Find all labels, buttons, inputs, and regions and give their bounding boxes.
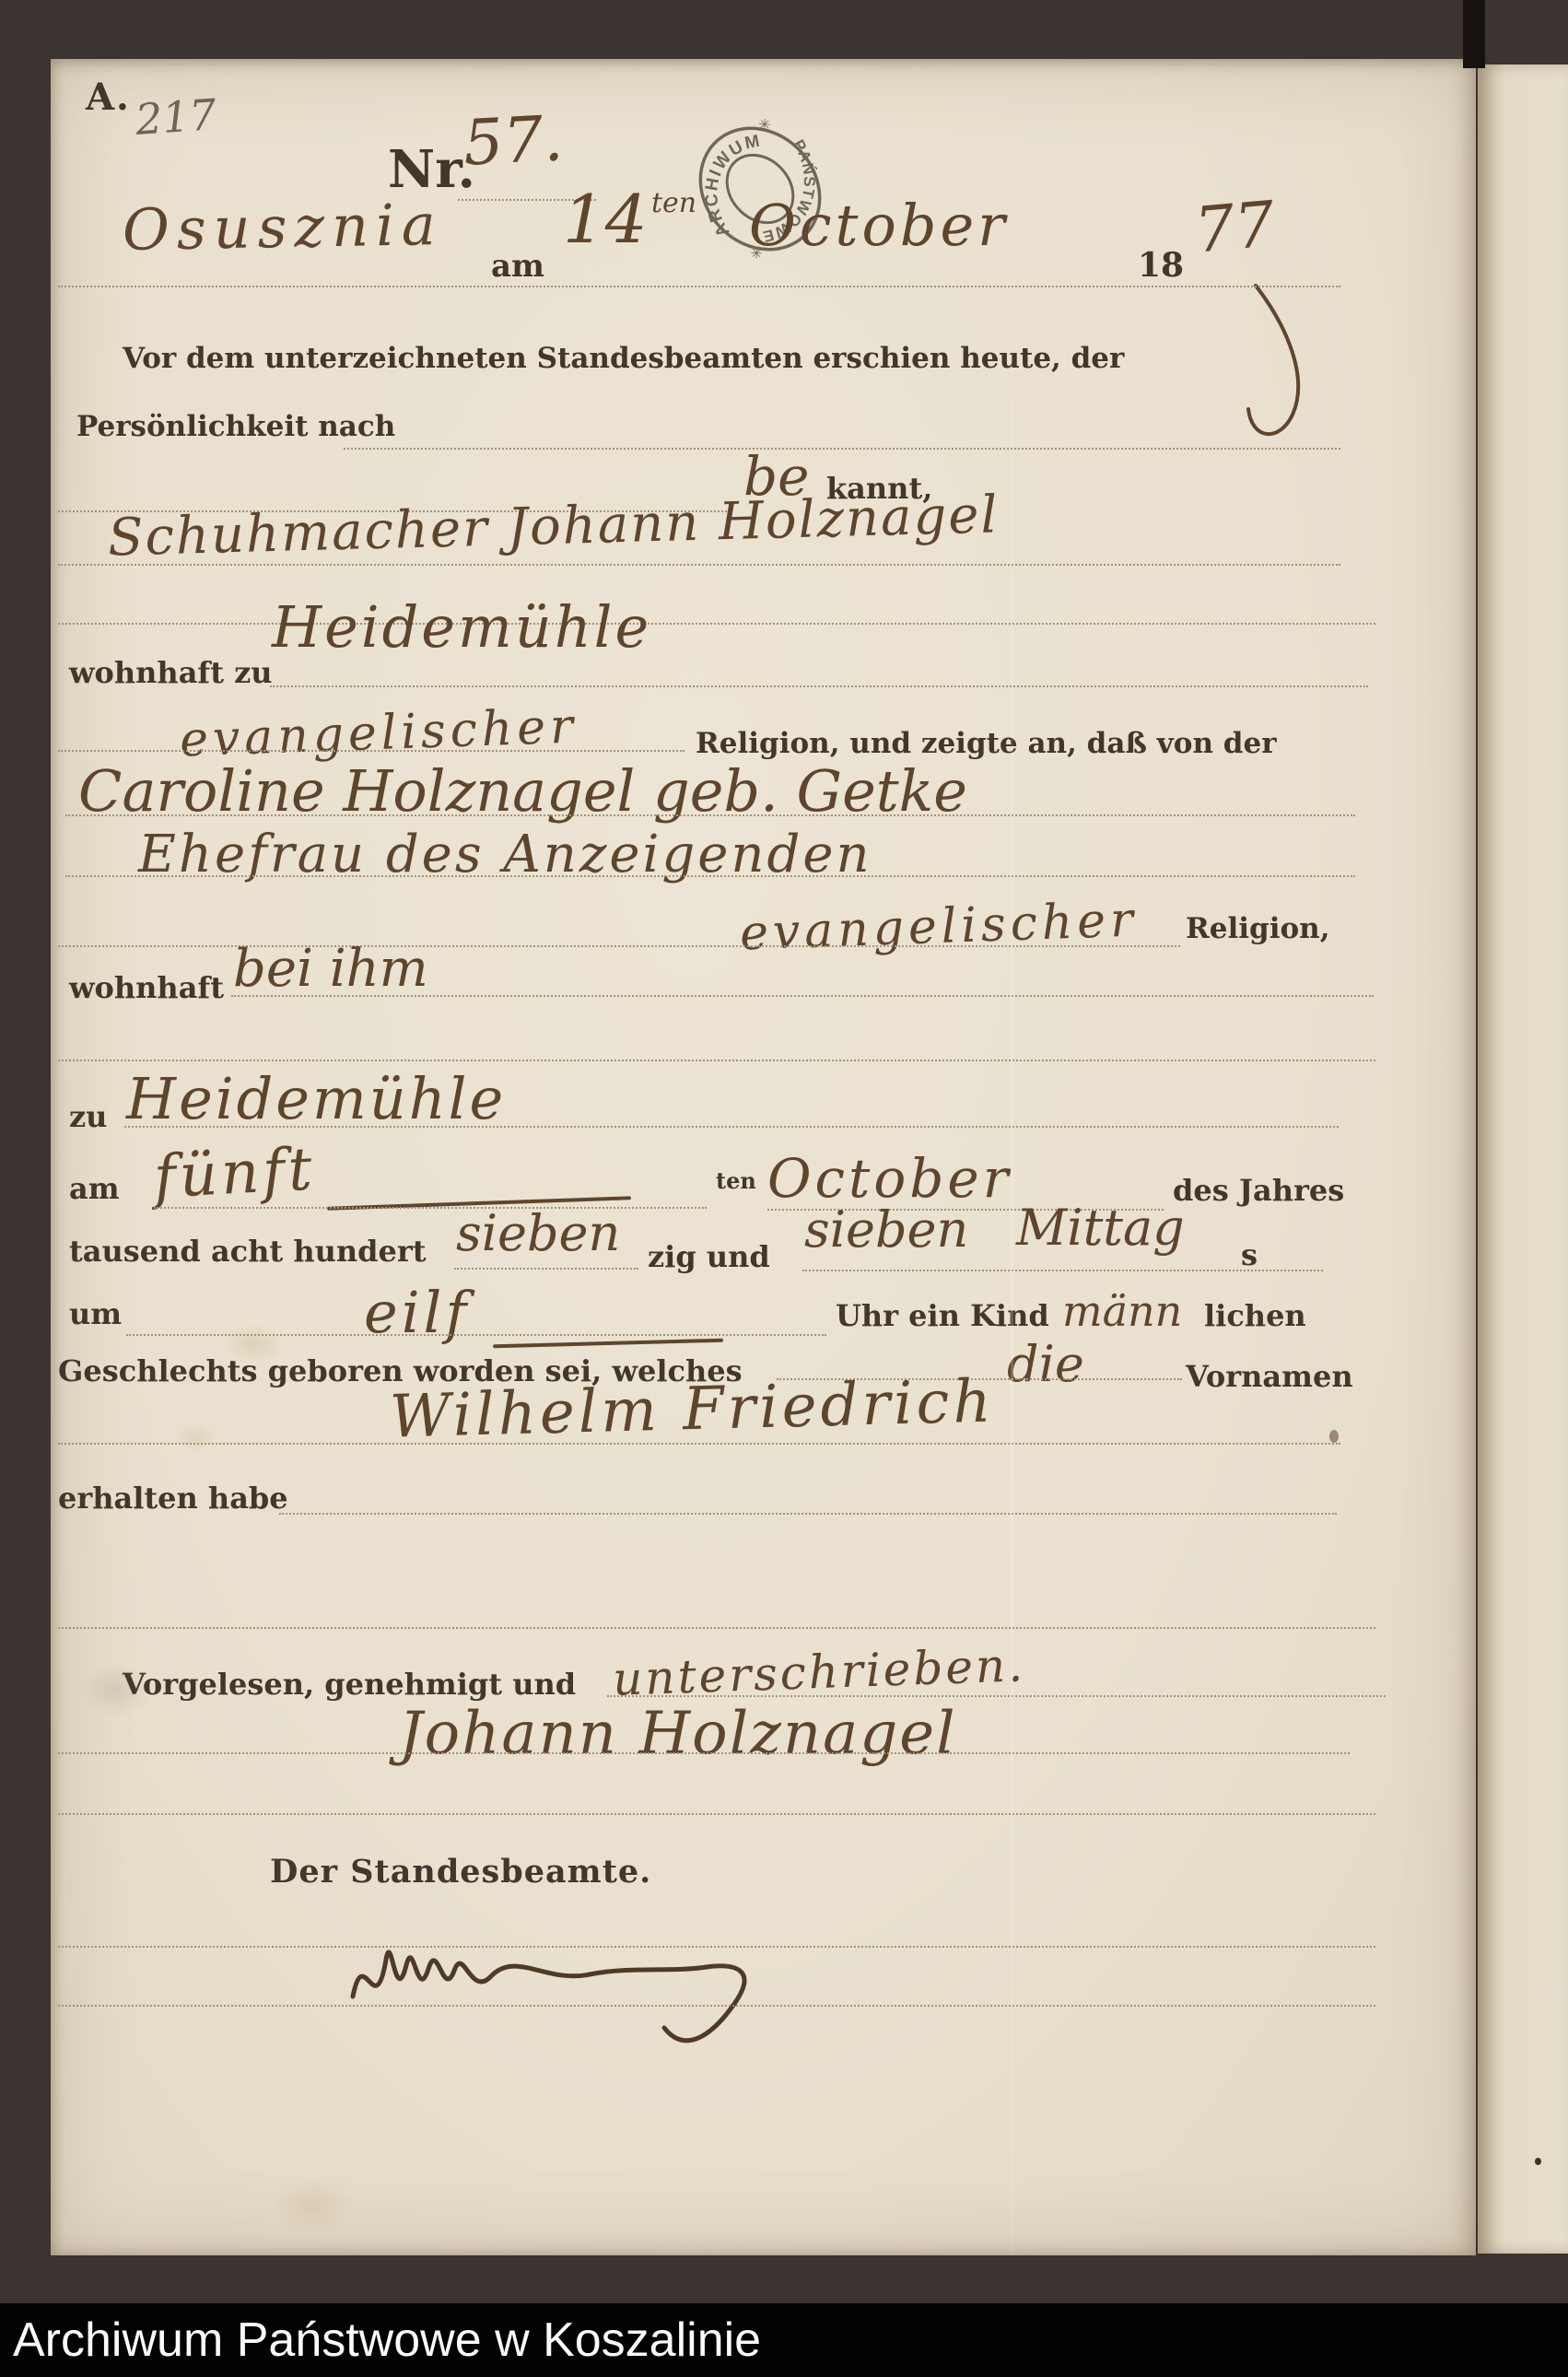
ruled-line xyxy=(58,1627,1375,1629)
birth-zu-label: zu xyxy=(69,1102,107,1131)
ruled-line xyxy=(607,1695,1386,1697)
ruled-line xyxy=(58,564,1340,566)
ruled-line xyxy=(344,448,1340,450)
dateline-month: October xyxy=(749,197,1009,254)
mother-name: Caroline Holznagel geb. Getke xyxy=(78,763,967,820)
paper-crease xyxy=(1011,59,1013,2255)
birth-ones-hand: sieben xyxy=(804,1205,968,1255)
birth-am-label: am xyxy=(69,1174,120,1203)
intro-line-1: Vor dem unterzeichneten Standesbeamten e… xyxy=(123,345,944,373)
ruled-line xyxy=(454,1268,638,1270)
official-title: Der Standesbeamte. xyxy=(270,1856,651,1888)
ruled-line xyxy=(231,995,1374,997)
ruled-line xyxy=(58,1813,1375,1815)
mother-relation: Ehefrau des Anzeigenden xyxy=(138,829,872,881)
dateline-day-suffix: ten xyxy=(651,190,696,217)
pencil-number: 217 xyxy=(135,93,218,141)
dateline-century: 18 xyxy=(1138,249,1184,282)
religion2-print: Religion, xyxy=(1186,915,1330,943)
birth-die-hand: die xyxy=(1007,1340,1084,1389)
record-number-label: Nr. xyxy=(388,144,475,195)
record-number-value: 57. xyxy=(462,108,565,176)
ruled-line xyxy=(802,1270,1323,1271)
birth-sex-hand: männ xyxy=(1062,1290,1182,1332)
residence-value: Heidemühle xyxy=(272,599,651,656)
birth-lichen: lichen xyxy=(1204,1301,1306,1330)
birth-um-label: um xyxy=(69,1299,122,1329)
ink-flourish xyxy=(1239,278,1340,453)
ruled-line xyxy=(65,814,1355,816)
ruled-line xyxy=(58,286,1340,287)
residence2-label: wohnhaft xyxy=(69,973,224,1002)
birth-daytime-suffix: s xyxy=(1241,1240,1258,1270)
ruled-line xyxy=(58,1443,1340,1445)
religion1-print: Religion, und zeigte an, daß von der xyxy=(696,730,1277,758)
ink-stroke xyxy=(493,1339,723,1349)
intro-line-2: Persönlichkeit nach xyxy=(76,413,395,441)
residence2-hand: bei ihm xyxy=(233,943,428,995)
official-signature-scrawl xyxy=(327,1888,825,2072)
birth-day-hand: fünft xyxy=(152,1140,317,1207)
ruled-line xyxy=(58,1946,1375,1948)
religion1-hand: evangelischer xyxy=(179,702,578,764)
ruled-line xyxy=(58,2005,1375,2007)
registry-page: A. 217 Nr. 57. ARCHIWUM PAŃSTWOWE ✳ ✳ Os… xyxy=(51,59,1476,2255)
closing-vorgelesen: Vorgelesen, genehmigt und xyxy=(123,1669,576,1699)
ink-speck xyxy=(1329,1430,1339,1443)
ruled-line xyxy=(58,750,685,752)
paper-stain xyxy=(78,1662,152,1717)
birth-month-hand: October xyxy=(767,1152,1012,1205)
archive-footer-bar: Archiwum Państwowe w Koszalinie xyxy=(0,2303,1568,2377)
archive-footer-label: Archiwum Państwowe w Koszalinie xyxy=(13,2303,761,2377)
birth-thousand-print: tausend acht hundert xyxy=(69,1236,427,1266)
ruled-line xyxy=(279,1513,1337,1515)
ink-speck xyxy=(1535,2158,1541,2165)
birth-tens-hand: sieben xyxy=(456,1209,620,1259)
birth-des-jahres: des Jahres xyxy=(1173,1176,1344,1205)
dateline-place: Osusznia xyxy=(122,196,443,259)
birth-vornamen: Vornamen xyxy=(1186,1362,1353,1391)
declarant-signature: Johann Holznagel xyxy=(399,1704,957,1763)
paper-stain xyxy=(175,1423,216,1452)
ruled-line xyxy=(58,1060,1375,1061)
ruled-line xyxy=(270,685,1368,687)
birth-ten-label: ten xyxy=(716,1170,756,1192)
ruled-line xyxy=(124,1126,1339,1128)
ruled-line xyxy=(58,1752,1350,1754)
dateline-year: 77 xyxy=(1192,193,1277,263)
child-names: Wilhelm Friedrich xyxy=(389,1372,995,1446)
birth-zig-und: zig und xyxy=(648,1242,770,1271)
dateline-am-label: am xyxy=(491,251,544,282)
ruled-line xyxy=(65,875,1355,877)
dateline-day: 14 xyxy=(563,186,648,252)
birth-daytime-hand: Mittag xyxy=(1016,1203,1185,1253)
birth-hour-hand: eilf xyxy=(364,1284,470,1341)
paper-stain xyxy=(221,1323,286,1364)
declarant-name: Schuhmacher Johann Holznagel xyxy=(107,489,1000,564)
book-gutter-notch xyxy=(1463,0,1485,68)
ruled-line xyxy=(58,623,1375,625)
birth-uhr-ein-kind: Uhr ein Kind xyxy=(836,1301,1049,1330)
birth-erhalten: erhalten habe xyxy=(58,1483,288,1513)
residence-label: wohnhaft zu xyxy=(69,658,273,687)
next-page-edge xyxy=(1478,64,1568,2254)
religion2-hand: evangelischer xyxy=(739,896,1138,957)
birth-place: Heidemühle xyxy=(126,1071,506,1128)
ruled-line xyxy=(154,1207,707,1209)
closing-unterschrieben-hand: unterschrieben. xyxy=(612,1642,1026,1703)
corner-letter: A. xyxy=(86,79,131,116)
paper-stain xyxy=(272,2178,355,2233)
